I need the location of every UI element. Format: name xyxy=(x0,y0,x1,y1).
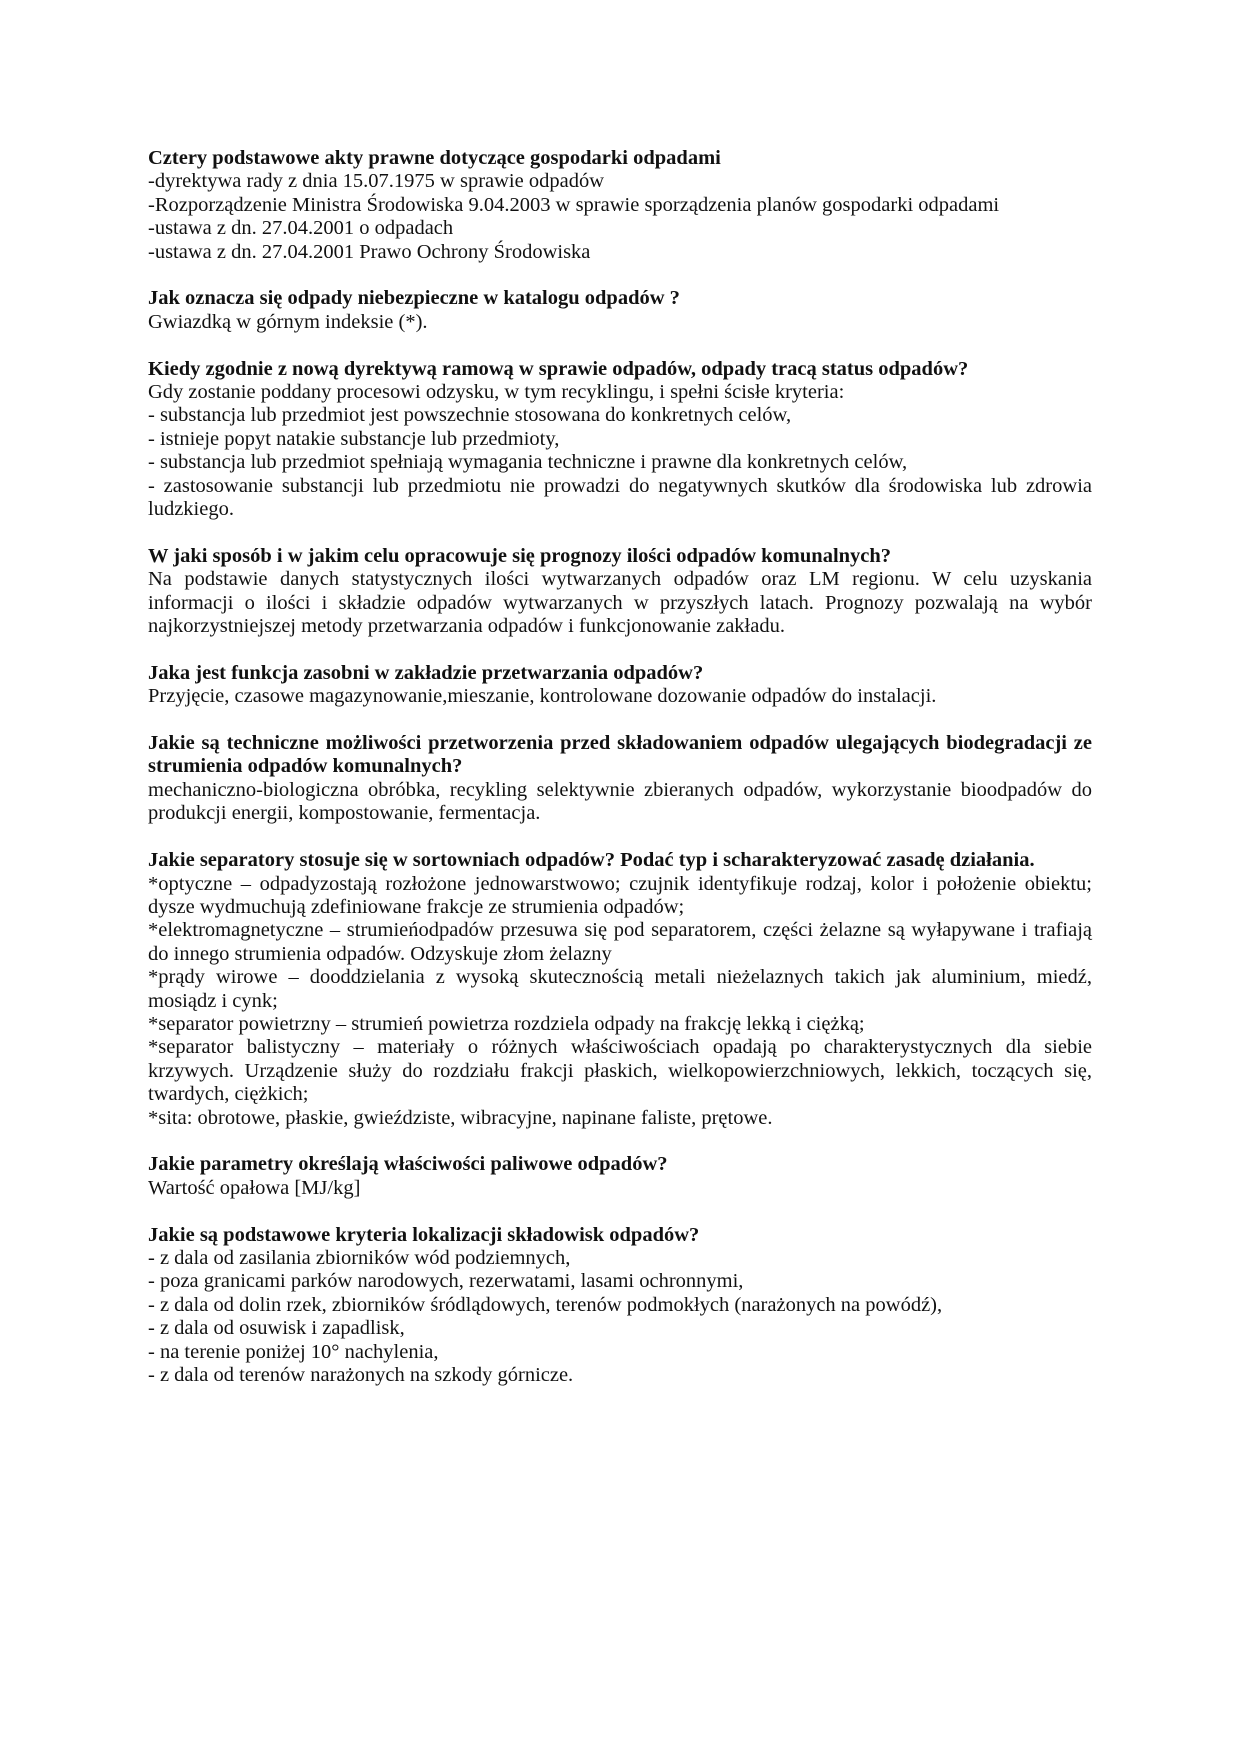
answer-line: - z dala od dolin rzek, zbiorników śródl… xyxy=(148,1294,1092,1317)
answer-line: - substancja lub przedmiot jest powszech… xyxy=(148,404,1092,427)
question-heading: Jaka jest funkcja zasobni w zakładzie pr… xyxy=(148,662,1092,685)
answer-line: *prądy wirowe – dooddzielania z wysoką s… xyxy=(148,966,1092,1013)
answer-line: *optyczne – odpadyzostają rozłożone jedn… xyxy=(148,873,1092,920)
answer-line: - z dala od zasilania zbiorników wód pod… xyxy=(148,1247,1092,1270)
document-page: Cztery podstawowe akty prawne dotyczące … xyxy=(148,147,1092,1411)
question-heading: Jakie są techniczne możliwości przetworz… xyxy=(148,732,1092,779)
section-bunker-function: Jaka jest funkcja zasobni w zakładzie pr… xyxy=(148,662,1092,709)
question-heading: W jaki sposób i w jakim celu opracowuje … xyxy=(148,545,1092,568)
answer-line: Przyjęcie, czasowe magazynowanie,mieszan… xyxy=(148,685,1092,708)
answer-line: -ustawa z dn. 27.04.2001 Prawo Ochrony Ś… xyxy=(148,241,1092,264)
section-waste-forecasts: W jaki sposób i w jakim celu opracowuje … xyxy=(148,545,1092,639)
question-heading: Jak oznacza się odpady niebezpieczne w k… xyxy=(148,287,1092,310)
answer-line: *separator powietrzny – strumień powietr… xyxy=(148,1013,1092,1036)
answer-line: Gdy zostanie poddany procesowi odzysku, … xyxy=(148,381,1092,404)
answer-line: - na terenie poniżej 10° nachylenia, xyxy=(148,1341,1092,1364)
answer-line: *separator balistyczny – materiały o róż… xyxy=(148,1036,1092,1106)
answer-line: - istnieje popyt natakie substancje lub … xyxy=(148,428,1092,451)
answer-line: -ustawa z dn. 27.04.2001 o odpadach xyxy=(148,217,1092,240)
answer-line: Gwiazdką w górnym indeksie (*). xyxy=(148,311,1092,334)
answer-paragraph: mechaniczno-biologiczna obróbka, recykli… xyxy=(148,779,1092,826)
answer-line: Wartość opałowa [MJ/kg] xyxy=(148,1177,1092,1200)
answer-line: - z dala od osuwisk i zapadlisk, xyxy=(148,1317,1092,1340)
answer-line: -dyrektywa rady z dnia 15.07.1975 w spra… xyxy=(148,170,1092,193)
section-separators: Jakie separatory stosuje się w sortownia… xyxy=(148,849,1092,1130)
question-heading: Jakie separatory stosuje się w sortownia… xyxy=(148,849,1092,872)
question-heading: Jakie parametry określają właściwości pa… xyxy=(148,1153,1092,1176)
question-heading: Kiedy zgodnie z nową dyrektywą ramową w … xyxy=(148,358,1092,381)
section-landfill-location-criteria: Jakie są podstawowe kryteria lokalizacji… xyxy=(148,1224,1092,1388)
answer-line: - substancja lub przedmiot spełniają wym… xyxy=(148,451,1092,474)
question-heading: Jakie są podstawowe kryteria lokalizacji… xyxy=(148,1224,1092,1247)
answer-paragraph: Na podstawie danych statystycznych ilośc… xyxy=(148,568,1092,638)
answer-line: *elektromagnetyczne – strumieńodpadów pr… xyxy=(148,919,1092,966)
section-biodegradable-processing: Jakie są techniczne możliwości przetworz… xyxy=(148,732,1092,826)
section-end-of-waste-status: Kiedy zgodnie z nową dyrektywą ramową w … xyxy=(148,358,1092,522)
answer-line: *sita: obrotowe, płaskie, gwieździste, w… xyxy=(148,1107,1092,1130)
answer-line: - poza granicami parków narodowych, reze… xyxy=(148,1270,1092,1293)
answer-line: - zastosowanie substancji lub przedmiotu… xyxy=(148,475,1092,522)
answer-line: -Rozporządzenie Ministra Środowiska 9.04… xyxy=(148,194,1092,217)
section-fuel-properties: Jakie parametry określają właściwości pa… xyxy=(148,1153,1092,1200)
question-heading: Cztery podstawowe akty prawne dotyczące … xyxy=(148,147,1092,170)
answer-line: - z dala od terenów narażonych na szkody… xyxy=(148,1364,1092,1387)
section-legal-acts: Cztery podstawowe akty prawne dotyczące … xyxy=(148,147,1092,264)
section-hazardous-waste-marking: Jak oznacza się odpady niebezpieczne w k… xyxy=(148,287,1092,334)
